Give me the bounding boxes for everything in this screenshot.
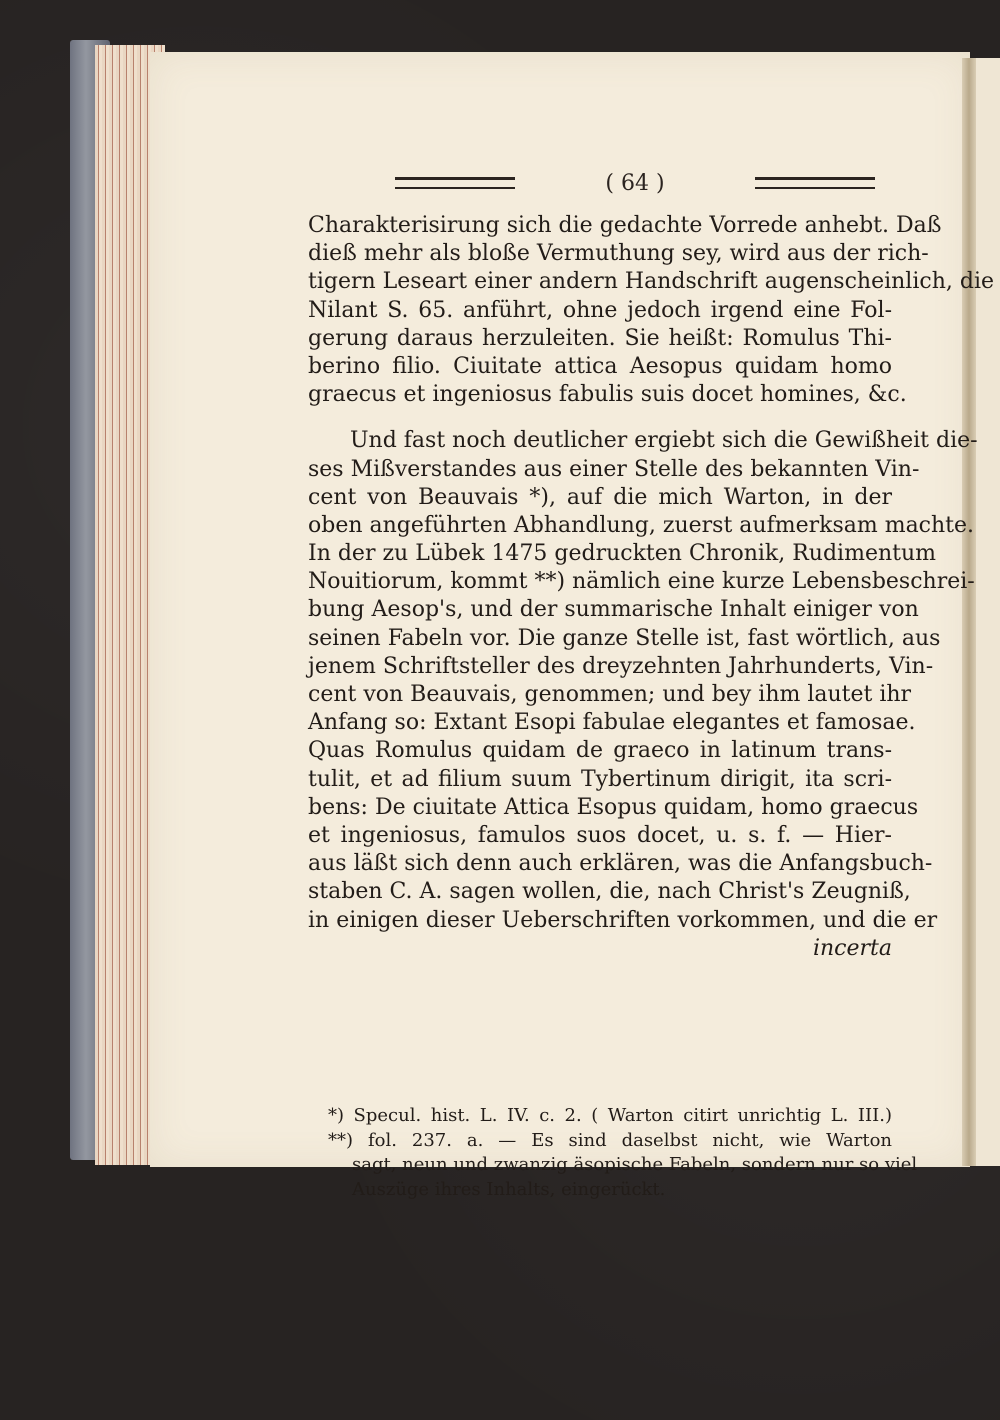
text-line: dieß mehr als bloße Vermuthung sey, wird…: [308, 240, 892, 268]
text-line: tulit, et ad filium suum Tybertinum diri…: [308, 766, 892, 794]
text-line: Anfang so: Extant Esopi fabulae elegante…: [308, 709, 892, 737]
paragraph-gap: [308, 409, 892, 427]
text-line: bens: De ciuitate Attica Esopus quidam, …: [308, 794, 892, 822]
text-line: jenem Schriftsteller des dreyzehnten Jah…: [308, 653, 892, 681]
page-header: ( 64 ): [395, 168, 875, 198]
text-line: cent von Beauvais, genommen; und bey ihm…: [308, 681, 892, 709]
text-line: seinen Fabeln vor. Die ganze Stelle ist,…: [308, 625, 892, 653]
text-line: graecus et ingeniosus fabulis suis docet…: [308, 381, 892, 409]
footnote-line: Auszüge ihres Inhalts, eingerückt.: [328, 1178, 892, 1203]
header-rule-left: [395, 177, 515, 189]
text-line: Charakterisirung sich die gedachte Vorre…: [308, 212, 892, 240]
text-line: cent von Beauvais *), auf die mich Warto…: [308, 484, 892, 512]
text-line: Nilant S. 65. anführt, ohne jedoch irgen…: [308, 297, 892, 325]
footnotes: *) Specul. hist. L. IV. c. 2. ( Warton c…: [328, 1104, 892, 1202]
text-line: berino filio. Ciuitate attica Aesopus qu…: [308, 353, 892, 381]
text-line: Und fast noch deutlicher ergiebt sich di…: [308, 427, 892, 455]
catchword: incerta: [308, 935, 892, 963]
text-line: Nouitiorum, kommt **) nämlich eine kurze…: [308, 568, 892, 596]
footnote-line: *) Specul. hist. L. IV. c. 2. ( Warton c…: [328, 1104, 892, 1129]
text-line: bung Aesop's, und der summarische Inhalt…: [308, 596, 892, 624]
facing-page-edge: [976, 58, 1000, 1166]
footnote-line: sagt, neun und zwanzig äsopische Fabeln,…: [328, 1153, 892, 1178]
footnote-line: **) fol. 237. a. — Es sind daselbst nich…: [328, 1129, 892, 1154]
text-line: staben C. A. sagen wollen, die, nach Chr…: [308, 878, 892, 906]
page-gutter: [962, 58, 976, 1166]
text-line: oben angeführten Abhandlung, zuerst aufm…: [308, 512, 892, 540]
text-line: In der zu Lübek 1475 gedruckten Chronik,…: [308, 540, 892, 568]
body-text: Charakterisirung sich die gedachte Vorre…: [308, 212, 892, 963]
page-number: ( 64 ): [605, 171, 664, 196]
text-line: et ingeniosus, famulos suos docet, u. s.…: [308, 822, 892, 850]
text-line: gerung daraus herzuleiten. Sie heißt: Ro…: [308, 325, 892, 353]
header-rule-right: [755, 177, 875, 189]
text-line: in einigen dieser Ueberschriften vorkomm…: [308, 907, 892, 935]
text-line: ses Mißverstandes aus einer Stelle des b…: [308, 456, 892, 484]
text-line: Quas Romulus quidam de graeco in latinum…: [308, 737, 892, 765]
text-line: aus läßt sich denn auch erklären, was di…: [308, 850, 892, 878]
text-line: tigern Leseart einer andern Handschrift …: [308, 268, 892, 296]
